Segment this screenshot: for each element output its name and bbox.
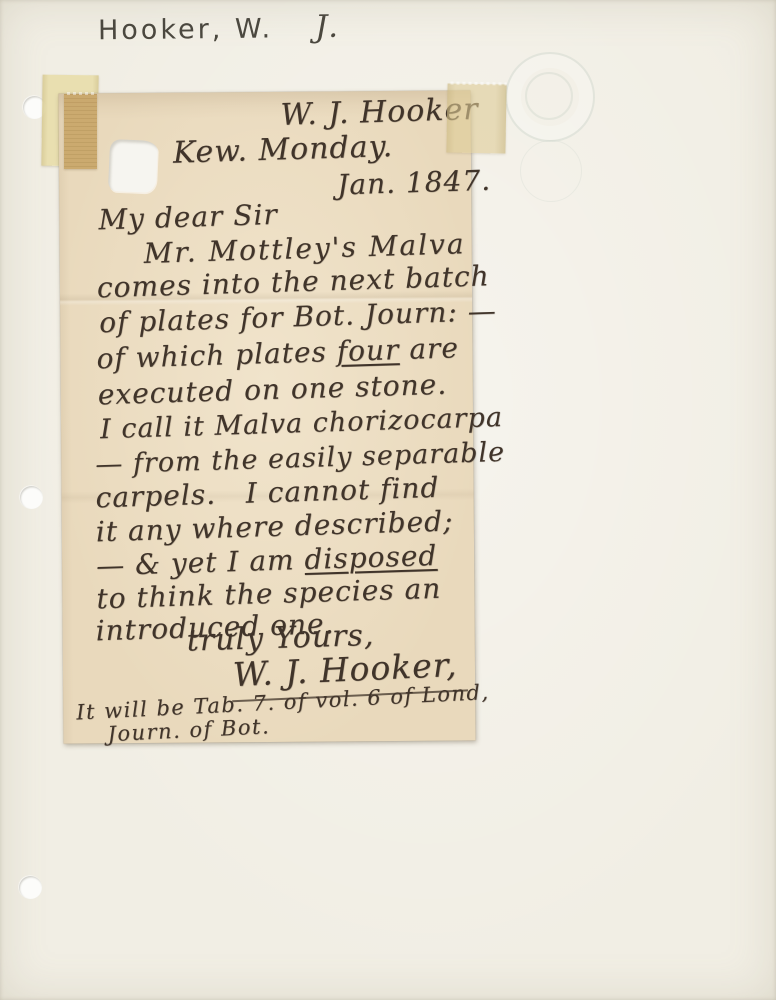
underlined-word: four (336, 333, 400, 368)
embossed-watermark (505, 52, 595, 142)
annotation-name: Hooker, W. (98, 13, 273, 46)
embossed-watermark-small (520, 140, 582, 202)
letter-postscript-line: Journ. of Bot. (107, 716, 271, 745)
annotation-initial: J. (315, 9, 341, 45)
punch-hole-bottom (19, 876, 42, 899)
archive-page: Hooker, W.J. W. J. Hooker Kew. Monday. J… (0, 0, 776, 1000)
letter-line: I call it Malva chorizocarpa (100, 404, 504, 443)
letter-salutation: My dear Sir (98, 201, 278, 234)
letter-line: — from the easily separable (95, 439, 506, 479)
tape-top-left (64, 94, 97, 169)
punch-hole-middle (20, 486, 43, 509)
letter-line: to think the species an (96, 575, 442, 614)
underlined-word: disposed (304, 539, 438, 576)
catalog-annotation: Hooker, W.J. (98, 9, 341, 48)
tape-top-right (446, 83, 506, 153)
letter-line: executed on one stone. (97, 371, 447, 410)
letter-date: Jan. 1847. (337, 167, 492, 200)
letter-place-day: Kew. Monday. (172, 132, 393, 169)
letter-document: W. J. Hooker Kew. Monday. Jan. 1847. My … (58, 90, 475, 743)
torn-hole (108, 139, 158, 193)
letter-line: of which plates four are (96, 334, 459, 373)
